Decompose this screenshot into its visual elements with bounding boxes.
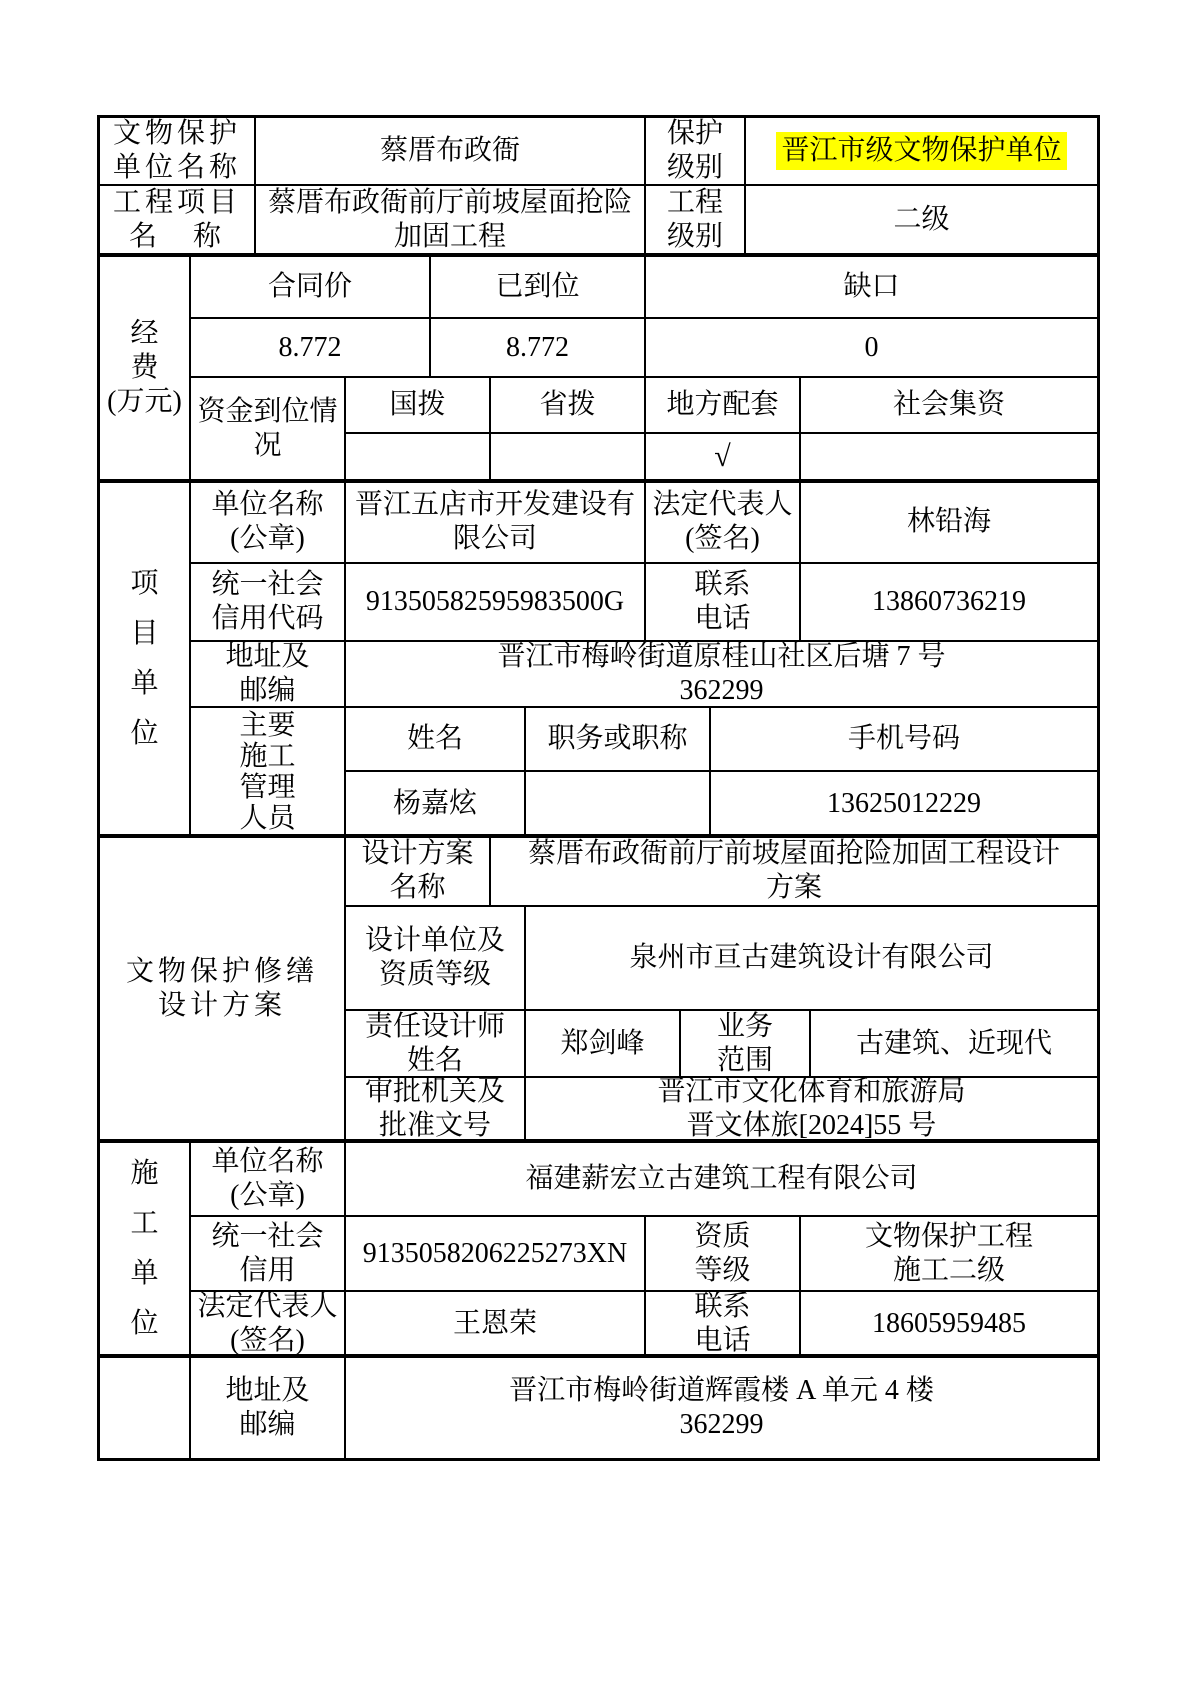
project-unit-section-label: 项目单位 [99, 481, 190, 836]
local-fund-checkmark: √ [645, 433, 800, 481]
construction-address-label: 地址及 邮编 [190, 1356, 345, 1459]
chief-designer-value: 郑剑峰 [525, 1010, 680, 1077]
construction-credit-code-label: 统一社会 信用 [190, 1216, 345, 1291]
project-unit-section-label-text: 项目单位 [129, 559, 161, 759]
section-divider [99, 253, 1098, 257]
social-fund-value [800, 433, 1098, 481]
contract-price-label: 合同价 [190, 255, 430, 318]
contact-phone-label: 联系 电话 [645, 563, 800, 641]
protection-level-cell: 晋江市级文物保护单位 [745, 117, 1098, 185]
contact-phone-value: 13860736219 [800, 563, 1098, 641]
credit-code-label: 统一社会 信用代码 [190, 563, 345, 641]
construction-phone-value: 18605959485 [800, 1291, 1098, 1356]
design-unit-label: 设计单位及 资质等级 [345, 906, 525, 1010]
approval-authority-label: 审批机关及 批准文号 [345, 1077, 525, 1141]
design-unit-value: 泉州市亘古建筑设计有限公司 [525, 906, 1098, 1010]
national-fund-label: 国拨 [345, 377, 490, 433]
construction-credit-code-value: 9135058206225273XN [345, 1216, 645, 1291]
construction-legal-rep-label: 法定代表人 (签名) [190, 1291, 345, 1356]
construction-section-label-text: 施工单位 [129, 1149, 161, 1349]
project-name-label: 工程项目 名 称 [99, 185, 255, 255]
section-divider [99, 1139, 1098, 1143]
social-fund-label: 社会集资 [800, 377, 1098, 433]
address-value: 晋江市梅岭街道原桂山社区后塘 7 号 362299 [345, 641, 1098, 707]
project-level-value: 二级 [745, 185, 1098, 255]
funding-availability-label: 资金到位情况 [190, 377, 345, 481]
manager-title-label: 职务或职称 [525, 707, 710, 771]
gap-label: 缺口 [645, 255, 1098, 318]
provincial-fund-label: 省拨 [490, 377, 645, 433]
unit-name-value: 晋江五店市开发建设有限公司 [345, 481, 645, 563]
project-name-value: 蔡厝布政衙前厅前坡屋面抢险加固工程 [255, 185, 645, 255]
protection-level-label: 保护 级别 [645, 117, 745, 185]
construction-address-value: 晋江市梅岭街道辉霞楼 A 单元 4 楼 362299 [345, 1356, 1098, 1459]
heritage-project-form-table: 文物保护 单位名称 蔡厝布政衙 保护 级别 晋江市级文物保护单位 工程项目 名 … [97, 115, 1100, 1461]
qualification-label: 资质 等级 [645, 1216, 800, 1291]
funding-section-label: 经 费 (万元) [99, 255, 190, 481]
manager-name-value: 杨嘉炫 [345, 771, 525, 836]
address-label: 地址及 邮编 [190, 641, 345, 707]
heritage-unit-name-label: 文物保护 单位名称 [99, 117, 255, 185]
received-value: 8.772 [430, 318, 645, 377]
manager-mobile-value: 13625012229 [710, 771, 1098, 836]
construction-unit-name-value: 福建薪宏立古建筑工程有限公司 [345, 1141, 1098, 1216]
chief-designer-label: 责任设计师 姓名 [345, 1010, 525, 1077]
gap-value: 0 [645, 318, 1098, 377]
construction-section-label: 施工单位 [99, 1141, 190, 1356]
section-divider [99, 834, 1098, 838]
construction-unit-name-label: 单位名称 (公章) [190, 1141, 345, 1216]
local-fund-label: 地方配套 [645, 377, 800, 433]
manager-name-label: 姓名 [345, 707, 525, 771]
contract-price-value: 8.772 [190, 318, 430, 377]
design-plan-name-label: 设计方案 名称 [345, 836, 490, 906]
received-label: 已到位 [430, 255, 645, 318]
business-scope-value: 古建筑、近现代 [810, 1010, 1098, 1077]
manager-section-label: 主要 施工 管理 人员 [190, 707, 345, 836]
bottom-empty-cell [99, 1356, 190, 1459]
qualification-value: 文物保护工程 施工二级 [800, 1216, 1098, 1291]
unit-name-label: 单位名称 (公章) [190, 481, 345, 563]
section-divider [99, 1354, 1098, 1358]
construction-phone-label: 联系 电话 [645, 1291, 800, 1356]
legal-rep-label: 法定代表人 (签名) [645, 481, 800, 563]
credit-code-value: 91350582595983500G [345, 563, 645, 641]
design-section-label: 文物保护修缮 设计方案 [99, 836, 345, 1141]
protection-level-highlight: 晋江市级文物保护单位 [776, 132, 1066, 170]
business-scope-label: 业务 范围 [680, 1010, 810, 1077]
project-level-label: 工程 级别 [645, 185, 745, 255]
construction-legal-rep-value: 王恩荣 [345, 1291, 645, 1356]
heritage-unit-name-value: 蔡厝布政衙 [255, 117, 645, 185]
approval-authority-value: 晋江市文化体育和旅游局 晋文体旅[2024]55 号 [525, 1077, 1098, 1141]
design-plan-name-value: 蔡厝布政衙前厅前坡屋面抢险加固工程设计 方案 [490, 836, 1098, 906]
provincial-fund-value [490, 433, 645, 481]
national-fund-value [345, 433, 490, 481]
section-divider [99, 479, 1098, 483]
legal-rep-value: 林铅海 [800, 481, 1098, 563]
manager-title-value [525, 771, 710, 836]
manager-mobile-label: 手机号码 [710, 707, 1098, 771]
